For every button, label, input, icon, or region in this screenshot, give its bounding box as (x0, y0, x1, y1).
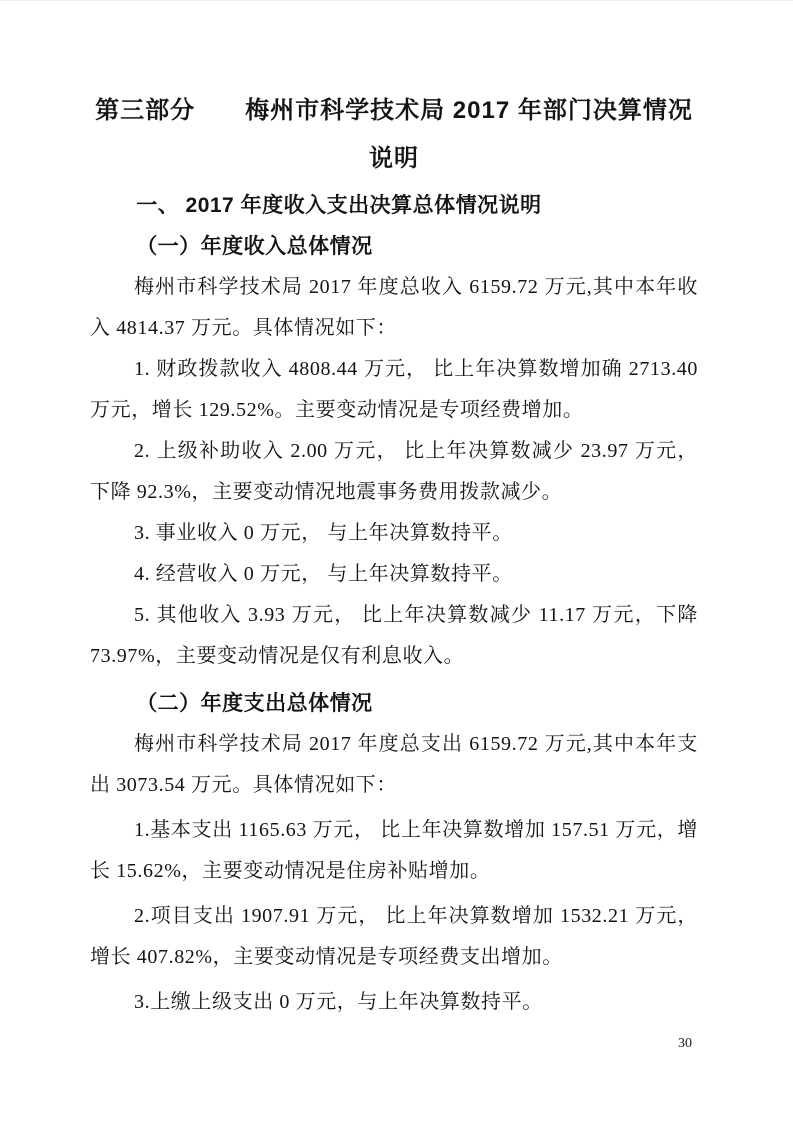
paragraph-expenditure-item-3-turned-over: 3.上缴上级支出 0 万元，与上年决算数持平。 (90, 982, 698, 1023)
paragraph-income-item-4-operating-income: 4. 经营收入 0 万元， 与上年决算数持平。 (90, 554, 698, 595)
paragraph-total-expenditure: 梅州市科学技术局 2017 年度总支出 6159.72 万元,其中本年支出 30… (90, 724, 698, 806)
document-title: 第三部分 梅州市科学技术局 2017 年部门决算情况 说明 (90, 87, 698, 183)
subsection-heading-annual-expenditure: （二）年度支出总体情况 (90, 683, 698, 724)
document-title-line1: 第三部分 梅州市科学技术局 2017 年部门决算情况 (90, 87, 698, 135)
paragraph-income-item-3-business-income: 3. 事业收入 0 万元， 与上年决算数持平。 (90, 513, 698, 554)
paragraph-total-income: 梅州市科学技术局 2017 年度总收入 6159.72 万元,其中本年收入 48… (90, 267, 698, 349)
page-number: 30 (0, 1036, 793, 1052)
section-heading-income-expenditure-overview: 一、 2017 年度收入支出决算总体情况说明 (90, 185, 698, 226)
paragraph-income-item-2-superior-subsidy: 2. 上级补助收入 2.00 万元， 比上年决算数减少 23.97 万元，下降 … (90, 431, 698, 513)
paragraph-income-item-1-fiscal-appropriation: 1. 财政拨款收入 4808.44 万元， 比上年决算数增加确 2713.40 … (90, 349, 698, 431)
document-title-line2: 说明 (90, 135, 698, 183)
paragraph-expenditure-item-1-basic: 1.基本支出 1165.63 万元， 比上年决算数增加 157.51 万元，增长… (90, 810, 698, 892)
document-page: 第三部分 梅州市科学技术局 2017 年部门决算情况 说明 一、 2017 年度… (0, 0, 793, 1122)
paragraph-income-item-5-other-income: 5. 其他收入 3.93 万元， 比上年决算数减少 11.17 万元，下降 73… (90, 595, 698, 677)
paragraph-expenditure-item-2-project: 2.项目支出 1907.91 万元， 比上年决算数增加 1532.21 万元，增… (90, 896, 698, 978)
subsection-heading-annual-income: （一）年度收入总体情况 (90, 226, 698, 267)
